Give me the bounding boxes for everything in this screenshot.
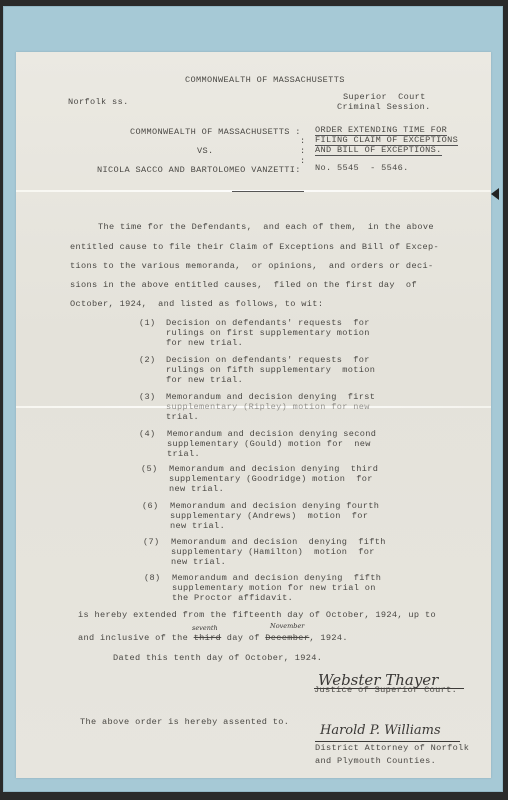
text: and inclusive of the	[78, 633, 194, 643]
item-line: Memorandum and decision denying first	[166, 393, 375, 402]
text: day of	[221, 633, 265, 643]
item-line: for new trial.	[166, 339, 243, 348]
item-number: (3)	[139, 393, 156, 402]
judge-title: Justice of Superior Court.	[314, 686, 457, 695]
order-title-line: AND BILL OF EXCEPTIONS.	[315, 146, 442, 156]
da-signature: Harold P. Williams	[320, 723, 441, 738]
item-line: Memorandum and decision denying fifth	[172, 574, 381, 583]
item-line: Memorandum and decision denying fifth	[171, 538, 386, 547]
court-session: Criminal Session.	[337, 103, 431, 112]
text: , 1924.	[309, 633, 348, 643]
fold-mark	[232, 191, 304, 192]
case-number: No. 5545 - 5546.	[315, 164, 409, 173]
item-number: (8)	[144, 574, 161, 583]
caption-plaintiff: COMMONWEALTH OF MASSACHUSETTS :	[130, 128, 301, 137]
handwritten-month: November	[270, 622, 304, 630]
item-line: Memorandum and decision denying third	[169, 465, 378, 474]
dated-line: Dated this tenth day of October, 1924.	[113, 654, 322, 663]
item-line-obscured: supplementary (Ripley) motion for new	[166, 403, 370, 412]
item-line: new trial.	[171, 558, 226, 567]
item-line: supplementary (Gould) motion for new	[167, 440, 371, 449]
item-line: rulings on first supplementary motion	[166, 329, 370, 338]
caption-colon: :	[300, 137, 306, 146]
item-line: the Proctor affidavit.	[172, 594, 293, 603]
caption-colon: :	[300, 157, 306, 166]
da-title: District Attorney of Norfolk	[315, 744, 469, 753]
item-number: (6)	[142, 502, 159, 511]
item-line: Memorandum and decision denying fourth	[170, 502, 379, 511]
court-name: Superior Court	[343, 93, 426, 102]
handwritten-day: seventh	[192, 624, 218, 632]
extension-line: is hereby extended from the fifteenth da…	[78, 611, 436, 620]
item-number: (5)	[141, 465, 158, 474]
struck-month: December	[265, 633, 309, 643]
item-line: new trial.	[169, 485, 224, 494]
struck-day: third	[194, 633, 222, 643]
item-line: new trial.	[170, 522, 225, 531]
item-line: supplementary (Andrews) motion for	[170, 512, 368, 521]
item-line: for new trial.	[166, 376, 243, 385]
item-number: (1)	[139, 319, 156, 328]
item-number: (7)	[143, 538, 160, 547]
item-line: Decision on defendants' requests for	[166, 356, 370, 365]
item-line: rulings on fifth supplementary motion	[166, 366, 375, 375]
item-line: trial.	[166, 413, 199, 422]
paper-tear	[491, 188, 499, 200]
body-line: entitled cause to file their Claim of Ex…	[70, 243, 439, 252]
item-line: supplementary motion for new trial on	[172, 584, 376, 593]
signature-line	[315, 741, 460, 742]
item-line: Decision on defendants' requests for	[166, 319, 370, 328]
body-line: tions to the various memoranda, or opini…	[70, 262, 433, 271]
item-line: trial.	[167, 450, 200, 459]
item-line: supplementary (Hamilton) motion for	[171, 548, 375, 557]
da-title: and Plymouth Counties.	[315, 757, 436, 766]
body-line: sions in the above entitled causes, file…	[70, 281, 417, 290]
document-heading: COMMONWEALTH OF MASSACHUSETTS	[185, 76, 345, 85]
document-page	[16, 52, 491, 778]
item-number: (4)	[139, 430, 156, 439]
extension-line-2: and inclusive of the third day of Decemb…	[78, 634, 348, 643]
caption-colon: :	[300, 147, 306, 156]
caption-defendants: NICOLA SACCO AND BARTOLOMEO VANZETTI:	[97, 166, 301, 175]
item-line: supplementary (Goodridge) motion for	[169, 475, 373, 484]
item-line: Memorandum and decision denying second	[167, 430, 376, 439]
assent-line: The above order is hereby assented to.	[80, 718, 289, 727]
item-number: (2)	[139, 356, 156, 365]
caption-vs: VS.	[197, 147, 214, 156]
county-label: Norfolk ss.	[68, 98, 129, 107]
body-line: October, 1924, and listed as follows, to…	[70, 300, 323, 309]
body-line: The time for the Defendants, and each of…	[98, 223, 434, 232]
